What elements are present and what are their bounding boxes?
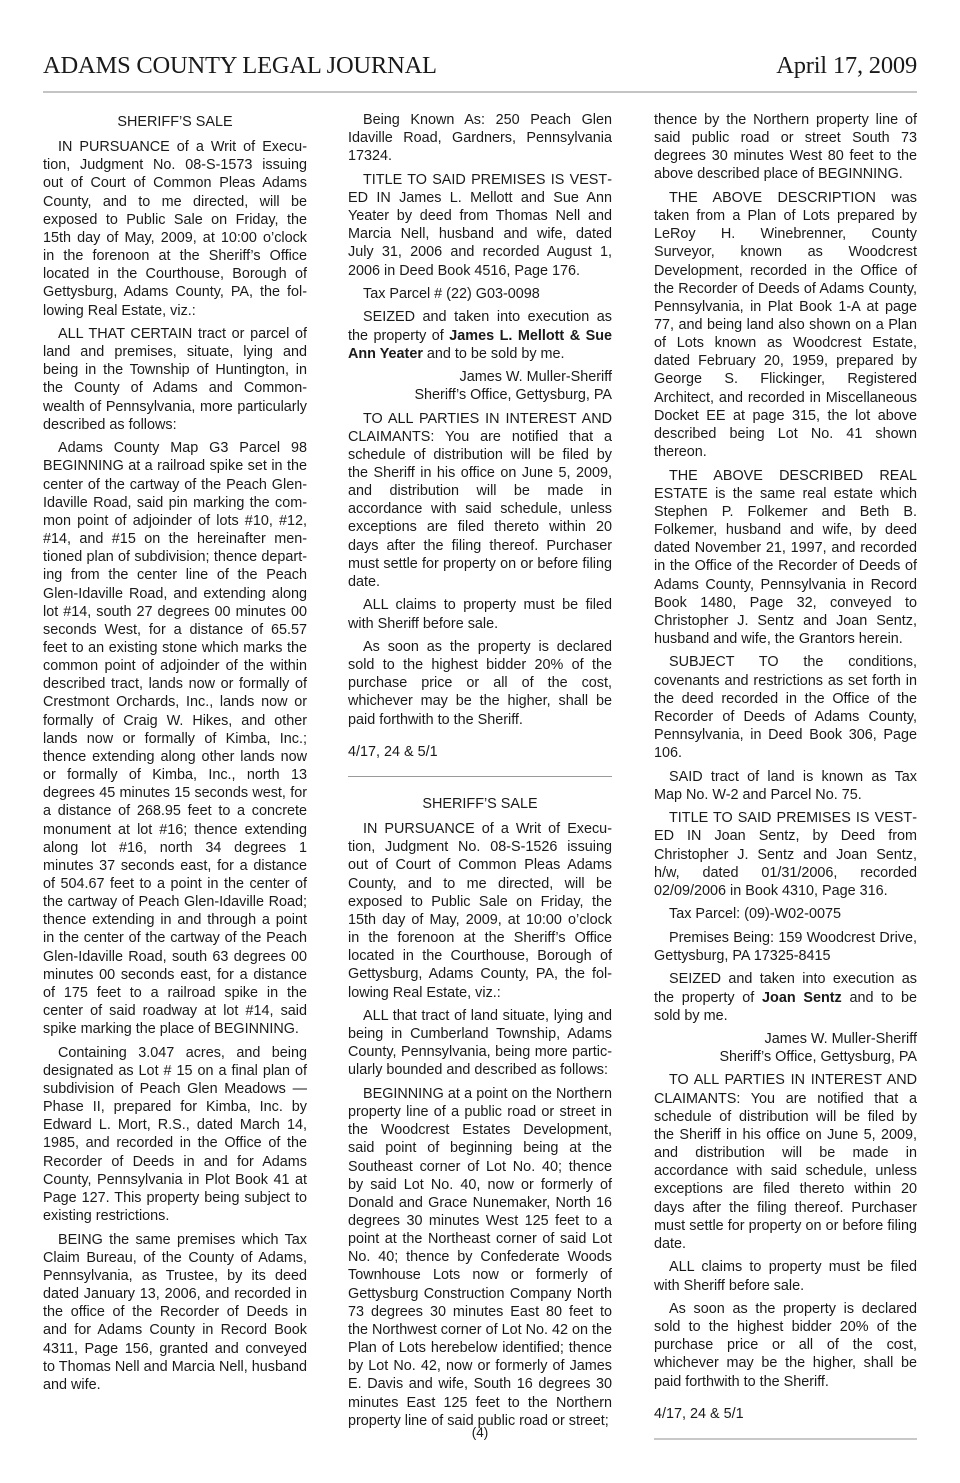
notice-2-tax-map: SAID tract of land is known as Tax Map N… (654, 768, 917, 804)
notice-1-parties-notice: TO ALL PARTIES IN INTEREST AND CLAIMANTS… (348, 410, 612, 592)
notice-1-pursuance: IN PURSUANCE of a Writ of Execu­tion, Ju… (43, 138, 307, 320)
header-divider (43, 91, 917, 93)
column-2: Being Known As: 250 Peach Glen Idaville … (348, 111, 612, 1435)
notice-2-pursuance: IN PURSUANCE of a Writ of Execu­tion, Ju… (348, 820, 612, 1002)
notice-2-payment-notice: As soon as the property is declared sold… (654, 1300, 917, 1391)
notice-1-known-as: Being Known As: 250 Peach Glen Idaville … (348, 111, 612, 165)
notice-1-tax-parcel: Tax Parcel # (22) G03-0098 (348, 285, 612, 303)
journal-title: ADAMS COUNTY LEGAL JOURNAL (43, 52, 437, 80)
defendant-name: Joan Sentz (762, 990, 842, 1006)
notice-2-subject-to: SUBJECT TO the conditions, covenants and… (654, 653, 917, 762)
sheriff-office: Sheriff’s Office, Gettysburg, PA (348, 386, 612, 404)
issue-date: April 17, 2009 (776, 52, 917, 80)
sheriff-name: James W. Muller-Sheriff (654, 1030, 917, 1048)
sheriff-office: Sheriff’s Office, Gettysburg, PA (654, 1048, 917, 1066)
column-3: thence by the Northern property line of … (654, 111, 917, 1458)
notice-1-containing: Containing 3.047 acres, and being design… (43, 1044, 307, 1226)
notice-1-property-intro: ALL THAT CERTAIN tract or parcel of land… (43, 325, 307, 434)
notice-1-legal-description: Adams County Map G3 Parcel 98 BEGINNING … (43, 439, 307, 1038)
notice-1-title-vested: TITLE TO SAID PREMISES IS VEST­ED IN Jam… (348, 171, 612, 280)
notice-2-legal-description-part-1: BEGINNING at a point on the Northern pro… (348, 1085, 612, 1430)
notice-2-title-vested: TITLE TO SAID PREMISES IS VEST­ED IN Joa… (654, 809, 917, 900)
notice-1-heading: SHERIFF’S SALE (43, 113, 307, 131)
notice-2-tax-parcel: Tax Parcel: (09)-W02-0075 (654, 905, 917, 923)
notice-1-signature: James W. Muller-Sheriff Sheriff’s Office… (348, 368, 612, 404)
notice-2-above-description: THE ABOVE DESCRIPTION was taken from a P… (654, 189, 917, 461)
notice-2-claims-notice: ALL claims to property must be filed wit… (654, 1258, 917, 1294)
notice-divider (348, 776, 612, 777)
notice-2-signature: James W. Muller-Sheriff Sheriff’s Office… (654, 1030, 917, 1066)
notice-1-claims-notice: ALL claims to property must be filed wit… (348, 596, 612, 632)
journal-header: ADAMS COUNTY LEGAL JOURNAL April 17, 200… (43, 52, 917, 82)
notice-2-seized: SEIZED and taken into execution as the p… (654, 970, 917, 1024)
notice-2-property-intro: ALL that tract of land situate, lying an… (348, 1007, 612, 1080)
seized-text-end: and to be sold by me. (423, 346, 565, 362)
notice-2-run-dates: 4/17, 24 & 5/1 (654, 1405, 917, 1423)
notice-2-parties-notice: TO ALL PARTIES IN INTEREST AND CLAIMANTS… (654, 1071, 917, 1253)
column-1: SHERIFF’S SALE IN PURSUANCE of a Writ of… (43, 111, 307, 1399)
notice-2-heading: SHERIFF’S SALE (348, 795, 612, 813)
page-number: (4) (0, 1425, 960, 1440)
notice-1-run-dates: 4/17, 24 & 5/1 (348, 743, 612, 761)
notice-1-being-same: BEING the same premises which Tax Claim … (43, 1231, 307, 1394)
notice-2-legal-description-part-2: thence by the Northern property line of … (654, 111, 917, 184)
notice-1-payment-notice: As soon as the property is declared sold… (348, 638, 612, 729)
notice-1-seized: SEIZED and taken into execution as the p… (348, 308, 612, 362)
notice-2-above-real-estate: THE ABOVE DESCRIBED REAL ESTATE is the s… (654, 467, 917, 649)
sheriff-name: James W. Muller-Sheriff (348, 368, 612, 386)
notice-2-premises-being: Premises Being: 159 Woodcrest Drive, Get… (654, 929, 917, 965)
